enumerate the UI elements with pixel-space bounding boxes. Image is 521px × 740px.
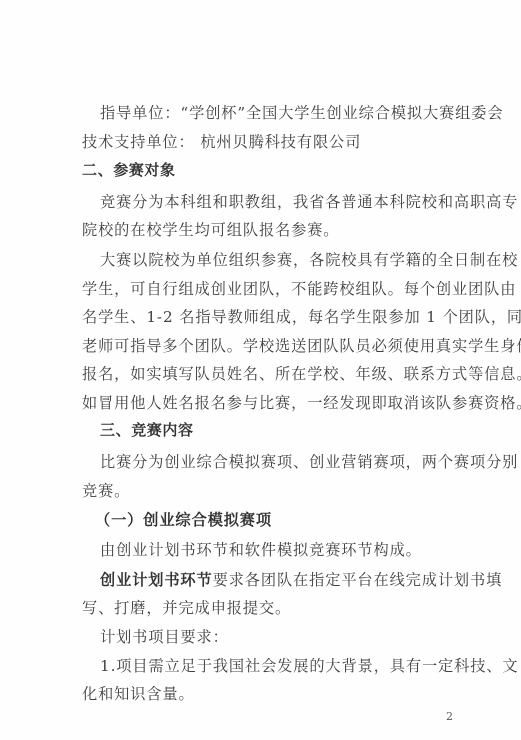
paragraph-line: 1.项目需立足于我国社会发展的大背景，具有一定科技、文 [100,656,518,676]
paragraph-line: 院校的在校学生均可组队报名参赛。 [82,220,339,240]
tech-support-line: 技术支持单位： 杭州贝腾科技有限公司 [82,132,361,152]
paragraph-line: 竞赛分为本科组和职教组，我省各普通本科院校和高职高专 [100,192,518,212]
paragraph-line: 竞赛。 [82,481,130,501]
document-page: 指导单位：“学创杯”全国大学生创业综合模拟大赛组委会 技术支持单位： 杭州贝腾科… [0,0,521,740]
bold-term: 创业计划书环节 [100,571,213,589]
paragraph-line: 如冒用他人姓名报名参与比赛，一经发现即取消该队参赛资格。 [82,393,521,413]
section-heading-participants: 二、参赛对象 [82,160,176,180]
paragraph-line: 名学生、1-2 名指导教师组成，每名学生限参加 1 个团队，同一 [82,307,521,327]
paragraph-line: 大赛以院校为单位组织参赛，各院校具有学籍的全日制在校 [100,250,518,270]
paragraph-line: 报名，如实填写队员姓名、所在学校、年级、联系方式等信息。 [82,364,521,384]
paragraph-line: 由创业计划书环节和软件模拟竞赛环节构成。 [100,540,422,560]
guiding-unit-line: 指导单位：“学创杯”全国大学生创业综合模拟大赛组委会 [100,103,503,123]
paragraph-text: 要求各团队在指定平台在线完成计划书填 [213,571,503,589]
paragraph-line: 计划书项目要求： [100,627,229,647]
paragraph-line-mixed: 创业计划书环节要求各团队在指定平台在线完成计划书填 [100,570,502,590]
paragraph-line: 老师可指导多个团队。学校选送团队队员必须使用真实学生身份 [82,336,521,356]
subsection-heading: （一）创业综合模拟赛项 [95,510,272,530]
page-number: 2 [446,710,453,723]
paragraph-line: 写、打磨，并完成申报提交。 [82,598,291,618]
paragraph-line: 学生，可自行组成创业团队，不能跨校组队。每个创业团队由 1-3 [82,279,521,299]
paragraph-line: 比赛分为创业综合模拟赛项、创业营销赛项，两个赛项分别 [100,452,518,472]
paragraph-line: 化和知识含量。 [82,684,195,704]
section-heading-content: 三、竞赛内容 [100,420,194,440]
